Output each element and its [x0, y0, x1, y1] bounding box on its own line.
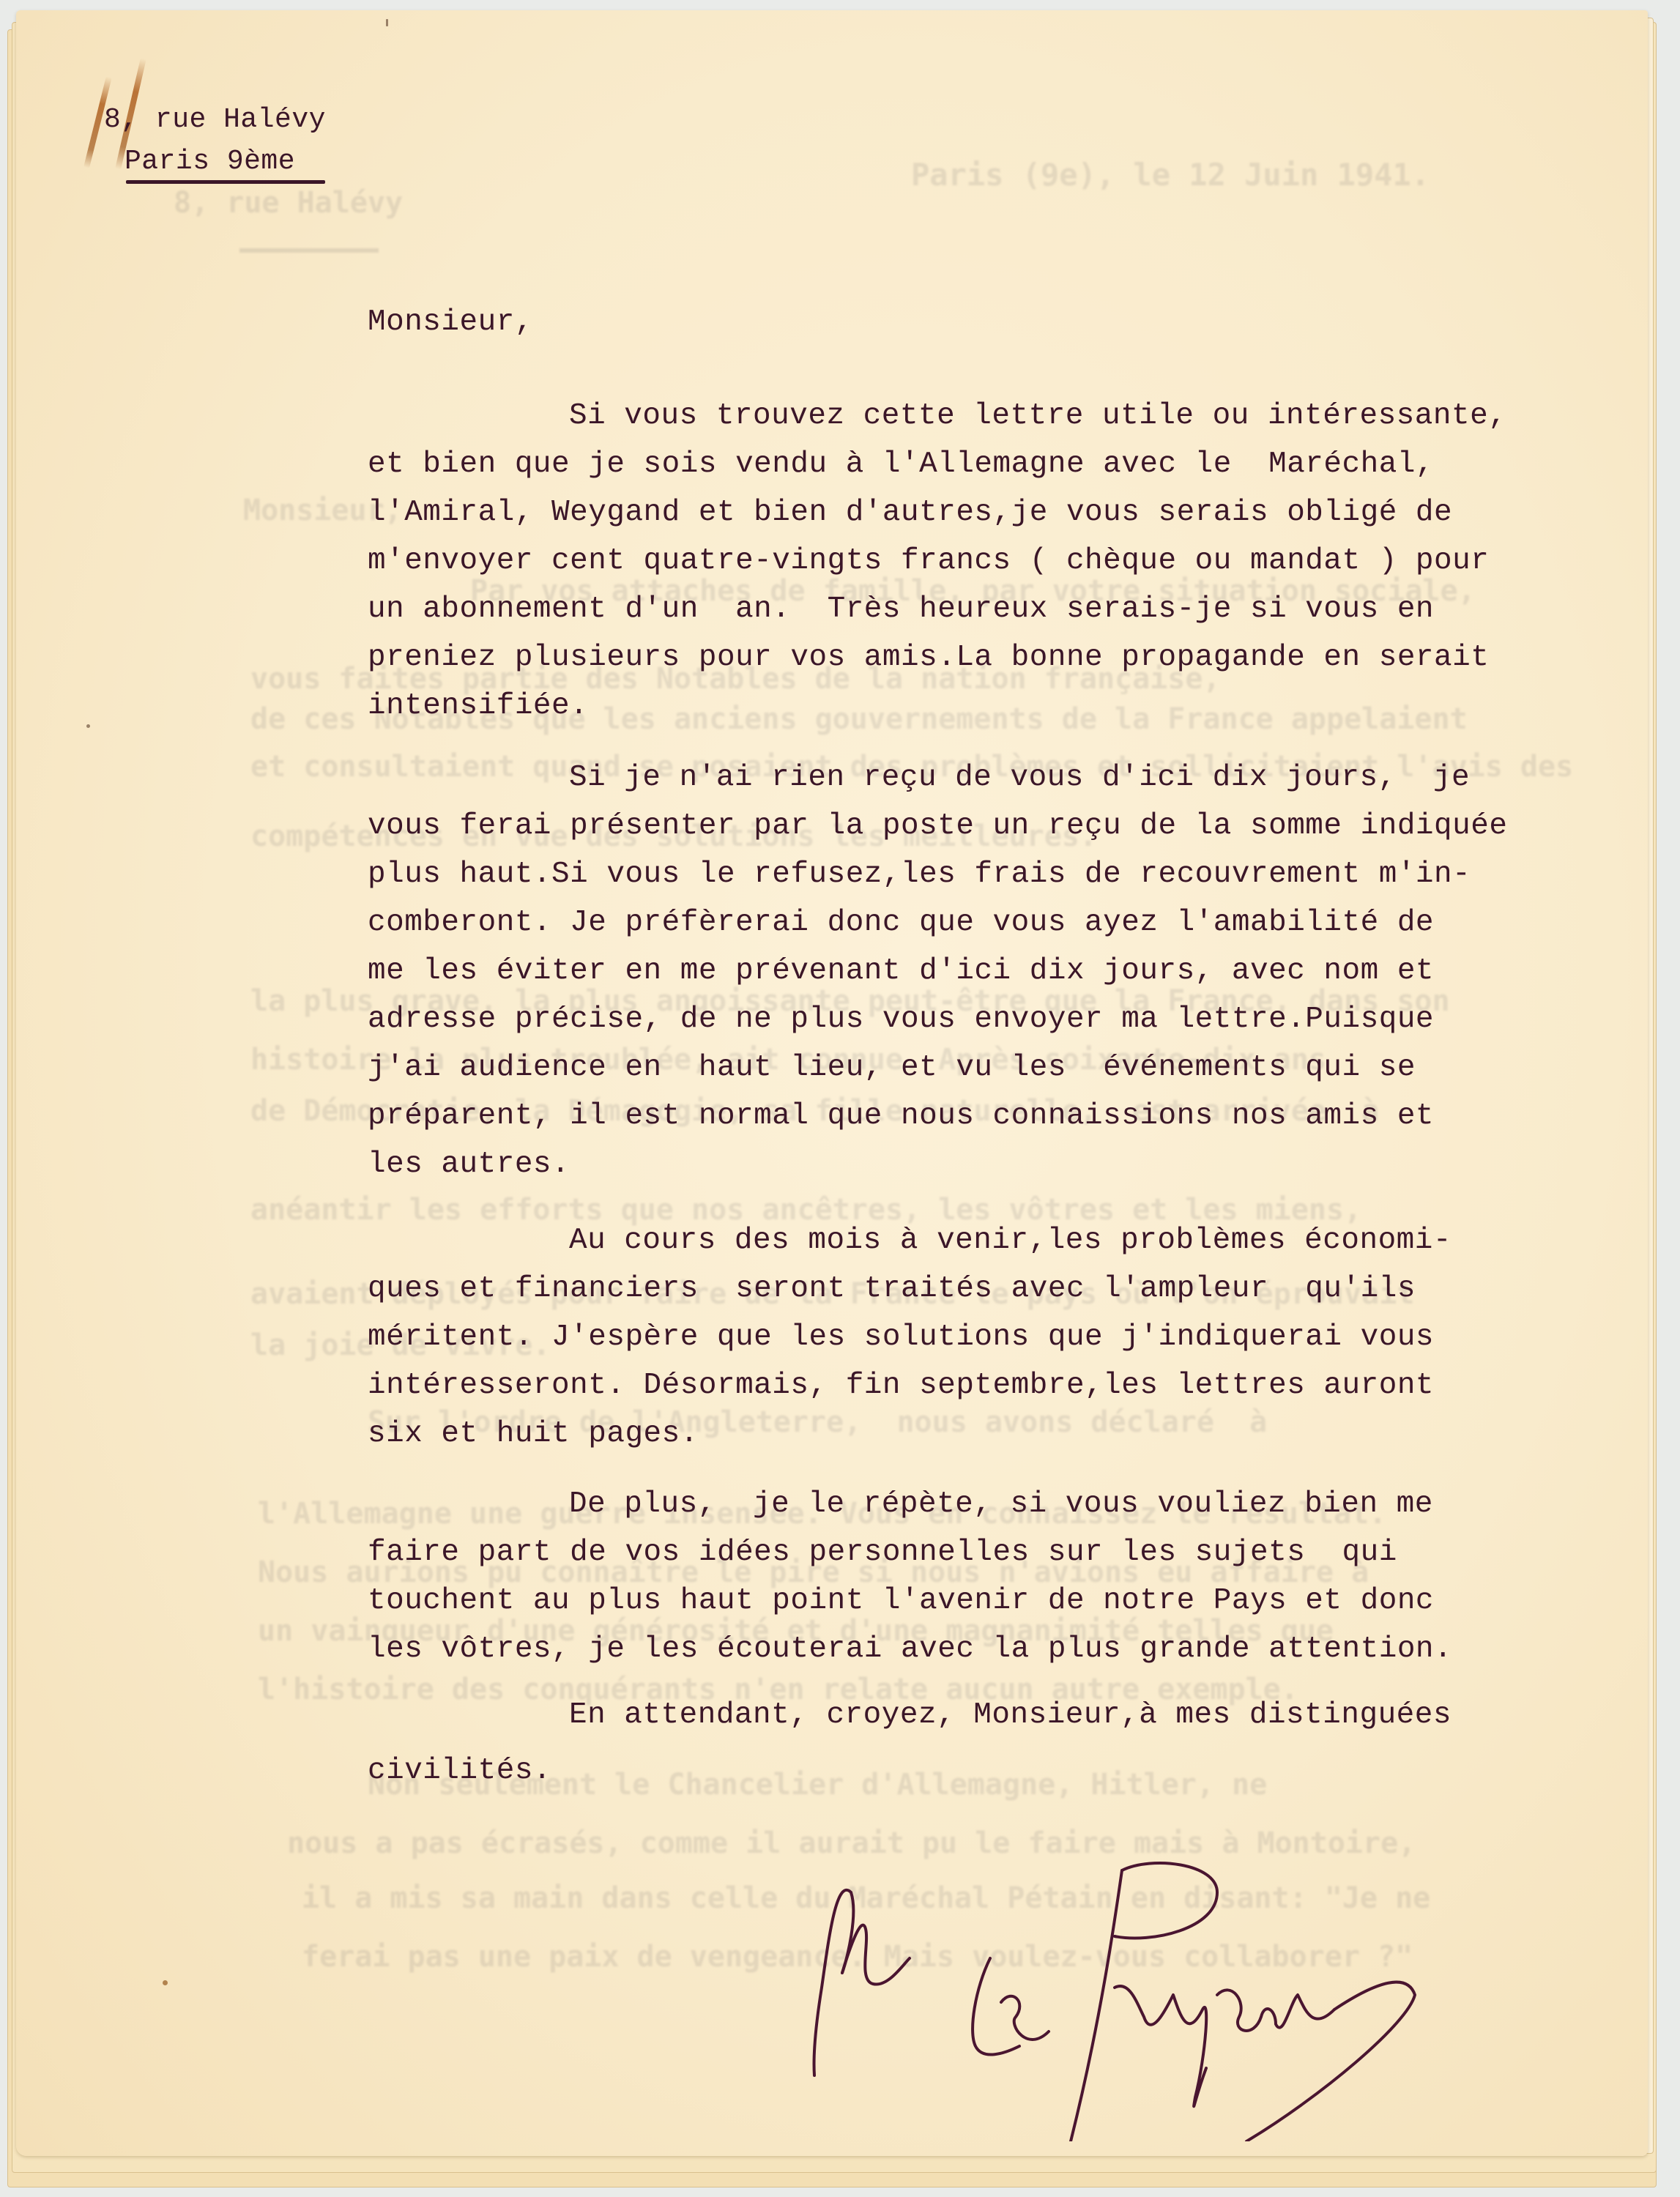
paper-speck	[86, 724, 90, 728]
paragraph-1-line: m'envoyer cent quatre-vingts francs ( ch…	[368, 546, 1489, 576]
closing-line: civilités.	[368, 1756, 551, 1786]
paragraph-4-line: touchent au plus haut point l'avenir de …	[368, 1586, 1434, 1616]
paragraph-3-line: six et huit pages.	[368, 1419, 699, 1449]
bleed-through-address: 8, rue Halévy	[174, 186, 403, 220]
paragraph-4-line: De plus, je le répète, si vous vouliez b…	[569, 1490, 1433, 1520]
paragraph-1-line: un abonnement d'un an. Très heureux sera…	[368, 595, 1434, 625]
bleed-through-text: anéantir les efforts que nos ancêtres, l…	[250, 1193, 1361, 1227]
bleed-through-date: Paris (9e), le 12 Juin 1941.	[911, 157, 1430, 193]
paragraph-2-line: Si je n'ai rien reçu de vous d'ici dix j…	[569, 763, 1470, 793]
paragraph-3-line: intéresseront. Désormais, fin septembre,…	[368, 1371, 1434, 1401]
salutation: Monsieur,	[368, 308, 533, 338]
paragraph-1-line: intensifiée.	[368, 691, 588, 721]
paragraph-2-line: les autres.	[368, 1150, 570, 1180]
paragraph-4-line: les vôtres, je les écouterai avec la plu…	[368, 1635, 1452, 1665]
paragraph-2-line: plus haut.Si vous le refusez,les frais d…	[368, 860, 1471, 890]
paragraph-1-line: l'Amiral, Weygand et bien d'autres,je vo…	[368, 498, 1452, 528]
paragraph-3-line: méritent. J'espère que les solutions que…	[368, 1323, 1434, 1353]
bleed-through-rule	[239, 248, 379, 253]
paragraph-3-line: ques et financiers seront traités avec l…	[368, 1274, 1416, 1304]
paragraph-1-line: preniez plusieurs pour vos amis.La bonne…	[368, 643, 1489, 673]
paragraph-3-line: Au cours des mois à venir,les problèmes …	[569, 1226, 1452, 1256]
sender-address-line-2: Paris 9ème	[124, 146, 295, 177]
paper-speck	[163, 1980, 168, 1985]
paragraph-2-line: comberont. Je préfèrerai donc que vous a…	[368, 908, 1434, 938]
handwritten-signature: Cte de Puységur	[807, 1834, 1583, 2141]
letter-page-stack: Paris (9e), le 12 Juin 1941. 8, rue Halé…	[0, 0, 1680, 2197]
paragraph-1-line: Si vous trouvez cette lettre utile ou in…	[569, 401, 1506, 431]
paragraph-1-line: et bien que je sois vendu à l'Allemagne …	[368, 450, 1434, 480]
paragraph-2-line: j'ai audience en haut lieu, et vu les év…	[368, 1053, 1416, 1083]
letter-sheet: Paris (9e), le 12 Juin 1941. 8, rue Halé…	[16, 10, 1648, 2156]
paragraph-2-line: vous ferai présenter par la poste un reç…	[368, 811, 1507, 841]
sender-address-line-1: 8, rue Halévy	[104, 104, 326, 135]
closing-line: En attendant, croyez, Monsieur,à mes dis…	[569, 1700, 1452, 1731]
paragraph-2-line: me les éviter en me prévenant d'ici dix …	[368, 956, 1434, 986]
address-underline	[126, 180, 325, 184]
paragraph-2-line: adresse précise, de ne plus vous envoyer…	[368, 1005, 1434, 1035]
paper-speck	[386, 19, 388, 26]
paragraph-4-line: faire part de vos idées personnelles sur…	[368, 1538, 1397, 1568]
paragraph-2-line: préparent, il est normal que nous connai…	[368, 1101, 1434, 1131]
